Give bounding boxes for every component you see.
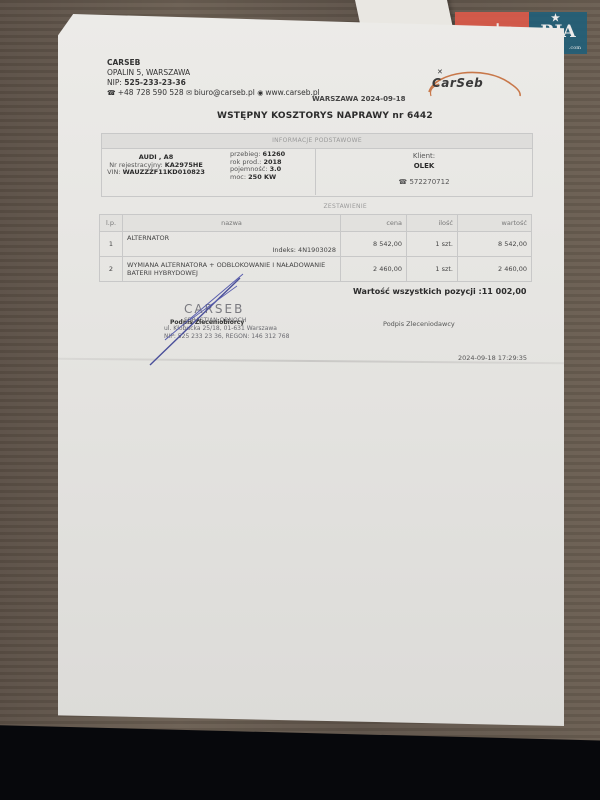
row-lp: 1 (100, 232, 123, 257)
globe-icon: ◉ (257, 88, 263, 98)
client-signature-label: Podpis Zleceniodawcy (383, 320, 455, 328)
row-value: 8 542,00 (458, 232, 532, 257)
mail-icon: ✉ (186, 88, 192, 98)
carseb-logo-text: CarSeb (432, 76, 483, 90)
client-label: Klient: (316, 151, 532, 161)
table-row: 1 ALTERNATOR Indeks: 4N1903028 8 542,00 … (100, 232, 532, 257)
company-email: biuro@carseb.pl (194, 88, 255, 97)
row-name-cell: ALTERNATOR Indeks: 4N1903028 (123, 232, 341, 257)
vin-value: WAUZZZF11KD010823 (123, 168, 205, 176)
row-name: ALTERNATOR (127, 234, 336, 242)
company-phone: +48 728 590 528 (118, 88, 184, 97)
total-label: Wartość wszystkich pozycji : (353, 287, 482, 296)
place-date: WARSZAWA 2024-09-18 (312, 95, 405, 103)
vehicle-info: AUDI , A8 Nr rejestracyjny: KA2975HE VIN… (102, 149, 316, 195)
svg-text:✕: ✕ (437, 68, 443, 76)
client-info: Klient: OLEK ☎ 572270712 (316, 149, 532, 195)
row-price: 8 542,00 (341, 232, 407, 257)
col-lp: l.p. (100, 215, 123, 232)
col-name: nazwa (123, 215, 341, 232)
row-index: Indeks: 4N1903028 (127, 246, 336, 254)
items-header: ZESTAWIENIE (99, 200, 532, 214)
total-row: Wartość wszystkich pozycji :11 002,00 (353, 287, 527, 296)
client-phone: 572270712 (409, 178, 449, 186)
total-value: 11 002,00 (482, 287, 527, 296)
col-qty: ilość (407, 215, 458, 232)
estimate-document: CARSEB OPALIN 5, WARSZAWA NIP: 525-233-2… (0, 0, 600, 800)
nip-value: 525-233-23-36 (124, 78, 186, 87)
row-price: 2 460,00 (341, 257, 407, 282)
pen-signature (145, 270, 255, 370)
print-timestamp: 2024-09-18 17:29:35 (458, 354, 527, 362)
vehicle-identity: AUDI , A8 Nr rejestracyjny: KA2975HE VIN… (106, 154, 206, 177)
nip-label: NIP: (107, 78, 122, 87)
phone-icon: ☎ (398, 178, 407, 186)
vehicle-specs: przebieg: 61260 rok prod.: 2018 pojemnoś… (230, 151, 285, 181)
phone-icon: ☎ (107, 88, 116, 98)
company-address: OPALIN 5, WARSZAWA (107, 68, 320, 78)
col-price: cena (341, 215, 407, 232)
row-value: 2 460,00 (458, 257, 532, 282)
client-phone-row: ☎ 572270712 (316, 177, 532, 187)
row-qty: 1 szt. (407, 257, 458, 282)
row-lp: 2 (100, 257, 123, 282)
basic-info-section: INFORMACJE PODSTAWOWE AUDI , A8 Nr rejes… (101, 133, 533, 197)
client-name: OLEK (316, 161, 532, 171)
items-table-header: l.p. nazwa cena ilość wartość (100, 215, 532, 232)
power-label: moc: (230, 173, 246, 181)
basic-info-header: INFORMACJE PODSTAWOWE (102, 134, 532, 149)
power-row: moc: 250 KW (230, 174, 285, 182)
company-contacts: ☎+48 728 590 528 ✉biuro@carseb.pl ◉www.c… (107, 88, 320, 98)
row-qty: 1 szt. (407, 232, 458, 257)
vin-label: VIN: (107, 168, 120, 176)
col-value: wartość (458, 215, 532, 232)
vin-row: VIN: WAUZZZF11KD010823 (106, 169, 206, 177)
document-title: WSTĘPNY KOSZTORYS NAPRAWY nr 6442 (217, 111, 433, 121)
company-info: CARSEB OPALIN 5, WARSZAWA NIP: 525-233-2… (107, 58, 320, 98)
company-nip: NIP: 525-233-23-36 (107, 78, 320, 88)
company-name: CARSEB (107, 58, 140, 67)
power-value: 250 KW (248, 173, 276, 181)
